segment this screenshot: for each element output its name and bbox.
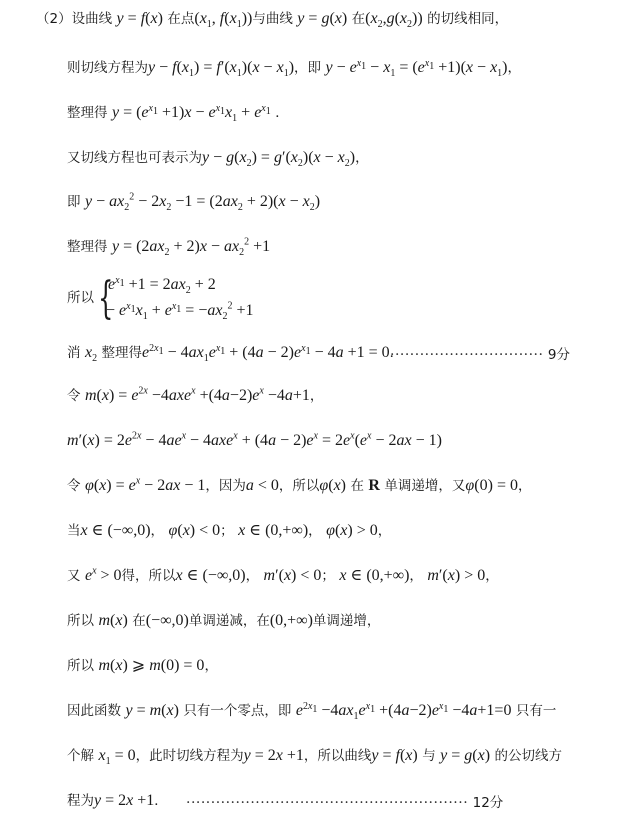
score-9: ······························· 9分 [390, 343, 570, 363]
line-4: 又切线方程也可表示为y − g(x2) = g′(x2)(x − x2)， [67, 148, 369, 168]
line-5: 即 y − ax22 − 2x2 −1 = (2ax2 + 2)(x − x2) [67, 192, 320, 212]
math: y = f(x) [117, 10, 163, 27]
line-10: m′(x) = 2e2x − 4aex − 4axex + (4a − 2)ex… [67, 431, 442, 451]
line-15: 所以 m(x) ⩾ m(0) = 0， [67, 656, 218, 676]
system-row-2: − ex1x1 + ex1 = −ax22 +1 [106, 301, 253, 321]
line-6: 整理得 y = (2ax2 + 2)x − ax22 +1 [67, 237, 270, 257]
system-row-1: ex1 +1 = 2ax2 + 2 [108, 275, 216, 295]
line-3: 整理得 y = (ex1 +1)x − ex1x1 + ex1 ． [67, 103, 289, 123]
line-11: 令 φ(x) = ex − 2ax − 1，因为a < 0，所以φ(x) 在 R… [67, 476, 531, 496]
line-9: 令 m(x) = e2x −4axex +(4a−2)ex −4a+1， [67, 386, 323, 406]
line-18: 程为y = 2x +1． [67, 791, 168, 811]
line-2: 则切线方程为y − f(x1) = f′(x1)(x − x1)，即 y − e… [67, 58, 521, 78]
part-label: （2） [36, 11, 72, 27]
line-16: 因此函数 y = m(x) 只有一个零点，即 e2x1 −4ax1ex1 +(4… [67, 701, 556, 721]
line-7: 所以 [67, 288, 94, 308]
line-1: （2）设曲线 y = f(x) 在点(x1, f(x1))与曲线 y = g(x… [36, 9, 508, 29]
score-12: ········································… [186, 791, 503, 811]
line-17: 个解 x1 = 0，此时切线方程为y = 2x +1，所以曲线y = f(x) … [67, 746, 562, 766]
line-13: 又 ex > 0得，所以x ∈ (−∞,0)， m′(x) < 0； x ∈ (… [67, 566, 499, 586]
line-8: 消 x2 整理得e2x1 − 4ax1ex1 + (4a − 2)ex1 − 4… [67, 343, 403, 363]
line-12: 当x ∈ (−∞,0)， φ(x) < 0； x ∈ (0,+∞)， φ(x) … [67, 521, 391, 541]
line-14: 所以 m(x) 在(−∞,0)单调递减，在(0,+∞)单调递增， [67, 611, 380, 631]
